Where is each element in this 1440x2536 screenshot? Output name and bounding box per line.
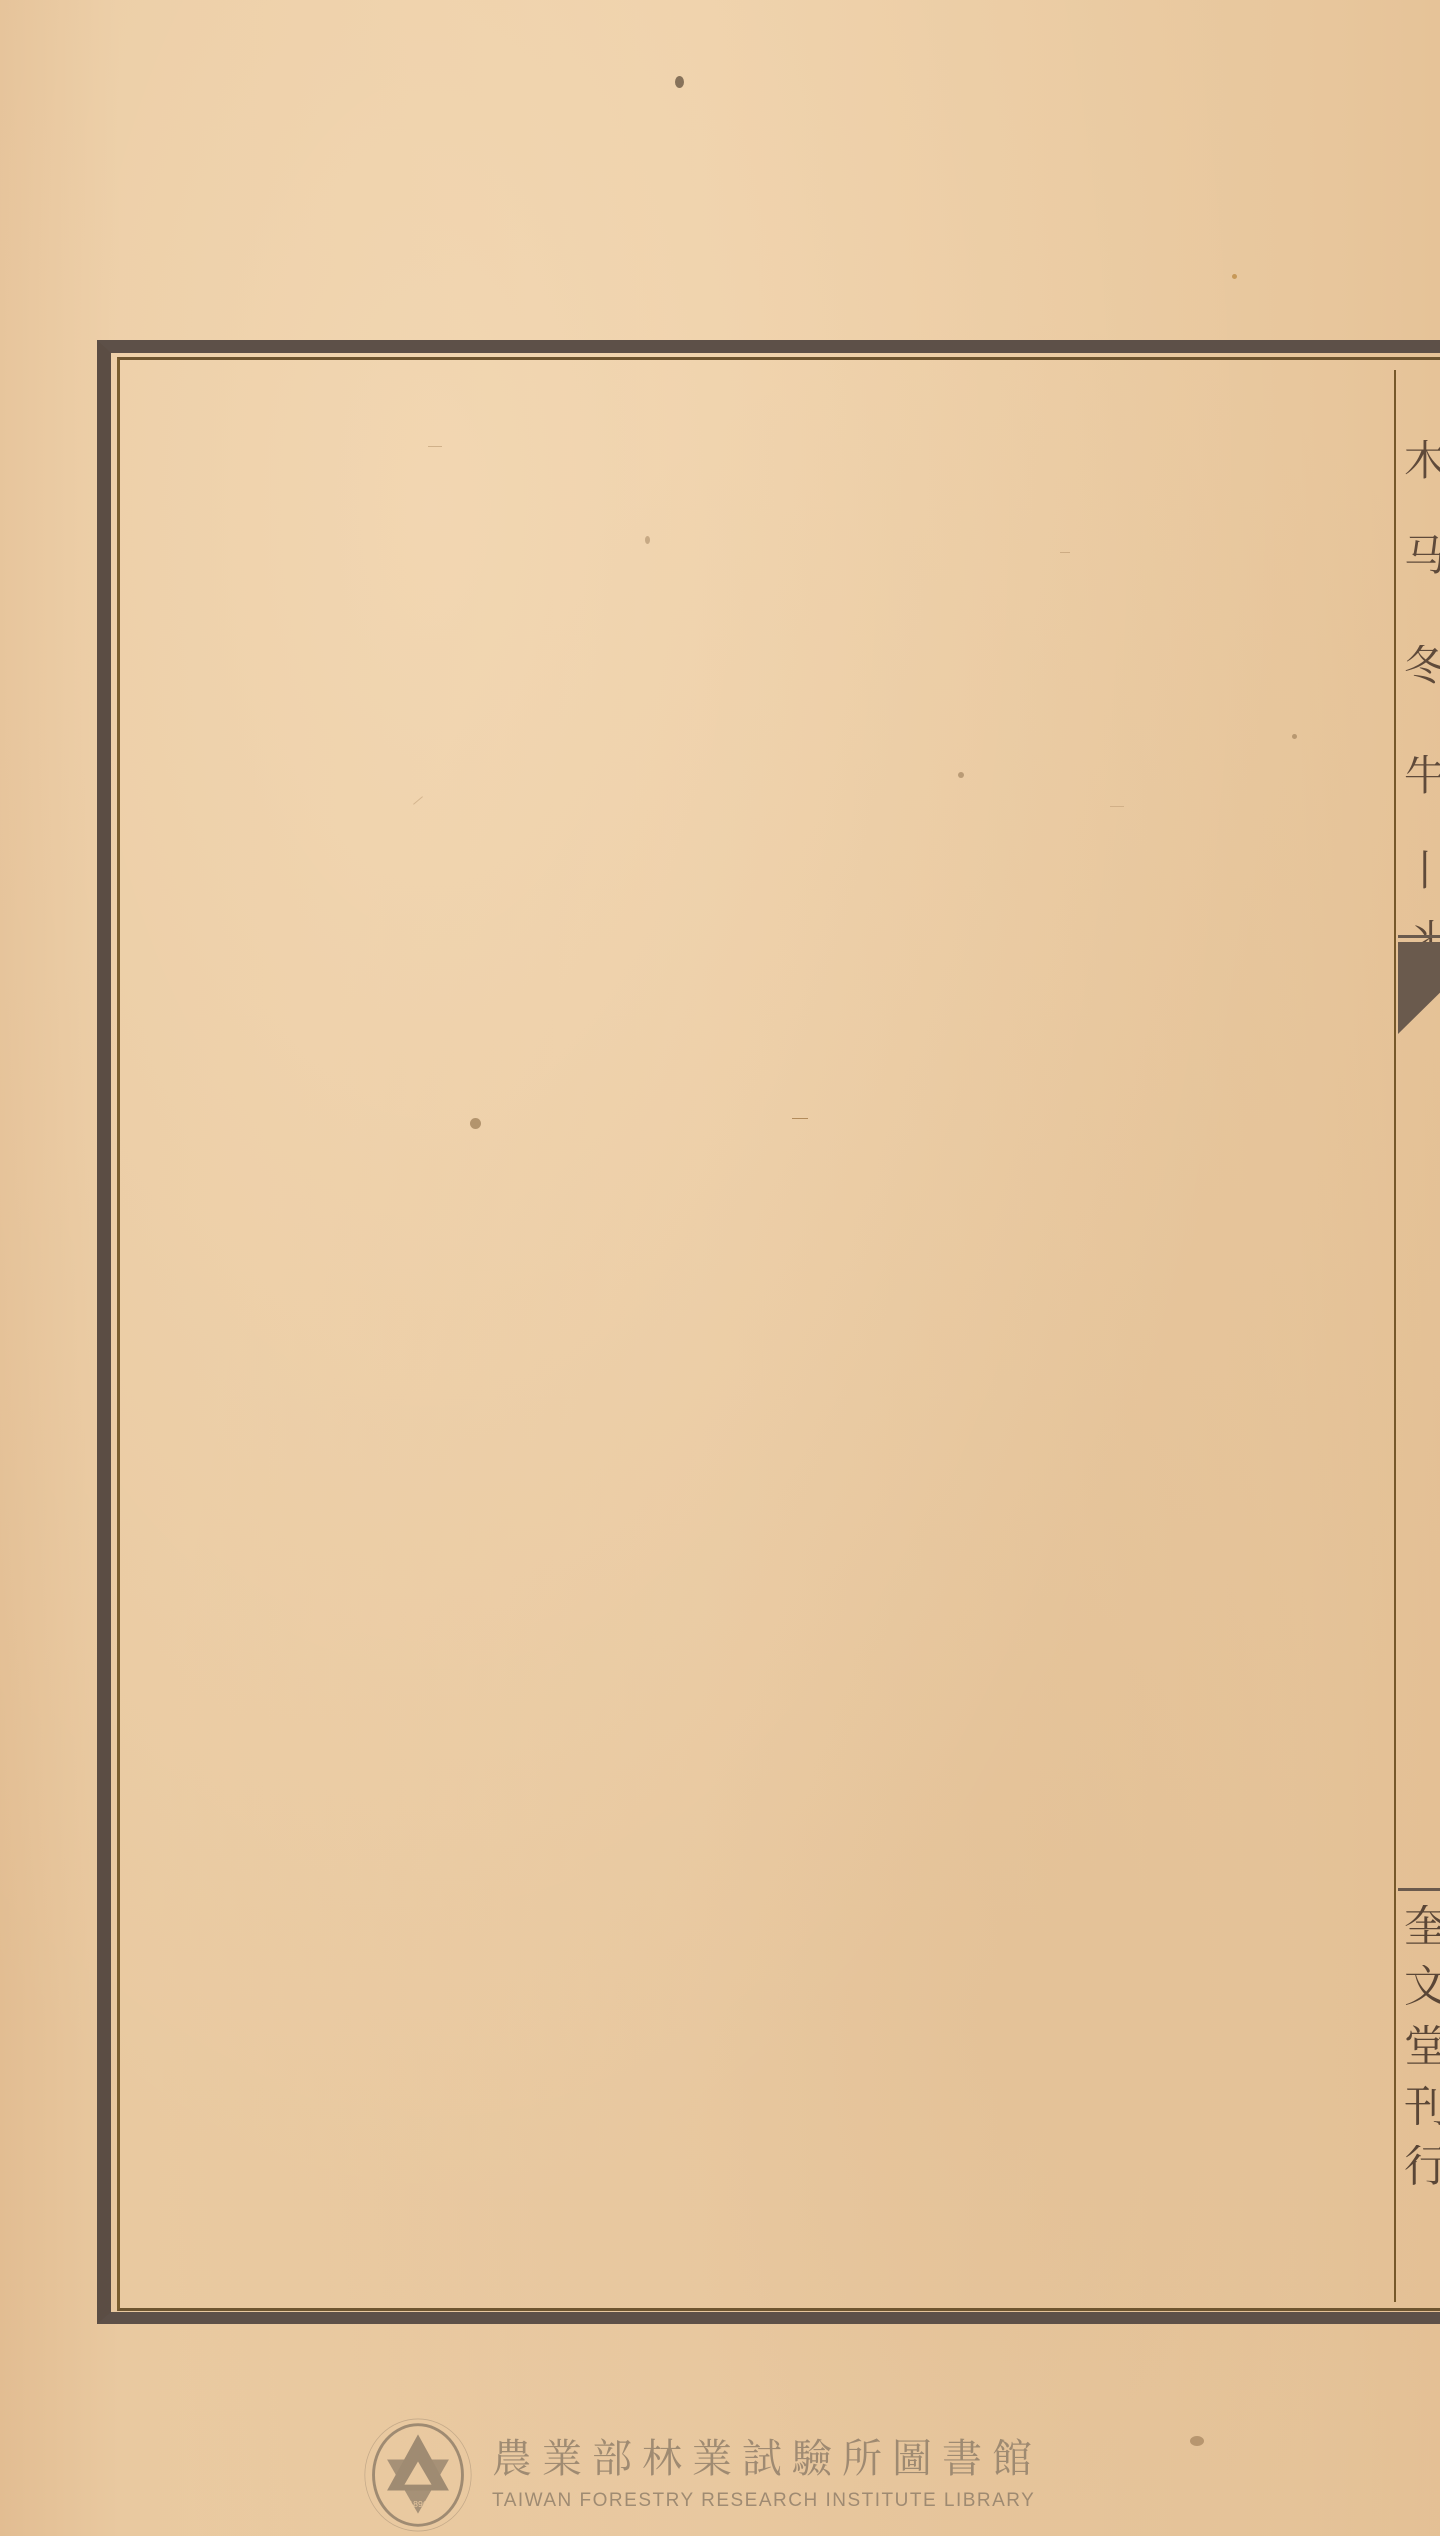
svg-text:1896: 1896 bbox=[408, 2499, 427, 2509]
publisher-char: 奎 bbox=[1404, 1905, 1440, 1965]
page-border-inner bbox=[117, 357, 1440, 2311]
center-fold-line bbox=[1394, 370, 1396, 2302]
spine-title-char: 木 bbox=[1404, 440, 1440, 482]
spine-title-char: 牛 bbox=[1404, 755, 1440, 797]
publisher-char: 文 bbox=[1404, 1965, 1440, 2025]
spine-title-char: 冬 bbox=[1404, 645, 1440, 687]
paper-speck bbox=[1232, 274, 1237, 279]
spine-title-char: 马 bbox=[1404, 535, 1440, 577]
spine-title-char: ⼁ bbox=[1404, 850, 1440, 892]
publisher-column: 奎 文 堂 刊 行 bbox=[1404, 1905, 1440, 2205]
publisher-char: 行 bbox=[1404, 2145, 1440, 2205]
publisher-divider bbox=[1398, 1888, 1440, 1891]
publisher-char: 刊 bbox=[1404, 2085, 1440, 2145]
paper-speck bbox=[675, 76, 684, 88]
scanned-page: 木 马 冬 牛 ⼁ ⺦ 奎 文 堂 刊 行 1896 農業部林業試驗所圖書館 T… bbox=[0, 0, 1440, 2536]
library-name-chinese: 農業部林業試驗所圖書館 bbox=[492, 2435, 1042, 2483]
paper-speck bbox=[1190, 2436, 1204, 2446]
fishtail-top-line bbox=[1398, 935, 1440, 938]
forestry-institute-logo-icon: 1896 bbox=[360, 2417, 476, 2533]
library-name-english: TAIWAN FORESTRY RESEARCH INSTITUTE LIBRA… bbox=[492, 2487, 1042, 2515]
library-watermark: 1896 農業部林業試驗所圖書館 TAIWAN FORESTRY RESEARC… bbox=[360, 2420, 1080, 2530]
publisher-char: 堂 bbox=[1404, 2025, 1440, 2085]
